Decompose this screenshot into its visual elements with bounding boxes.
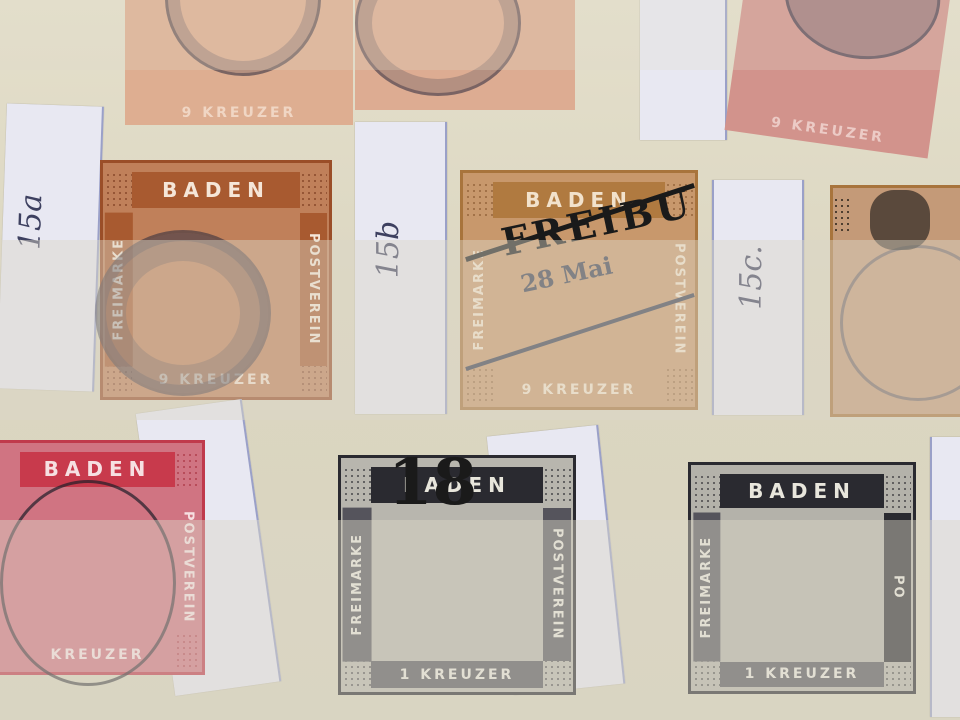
glassine-strip-middle bbox=[0, 240, 960, 420]
glassine-strip-bottom bbox=[0, 520, 960, 720]
glassine-strip-top bbox=[0, 0, 960, 70]
stamp-value: 9 KREUZER bbox=[754, 111, 903, 150]
manuscript-cancel: 18 bbox=[388, 445, 477, 520]
stockbook-page: 9 KREUZER 9 KREUZER 15a 15b 15c. BADEN F… bbox=[0, 0, 960, 720]
stamp-country: BADEN bbox=[132, 172, 299, 208]
stamp-value: 9 KREUZER bbox=[157, 105, 321, 121]
stamp-country: BADEN bbox=[720, 474, 884, 509]
